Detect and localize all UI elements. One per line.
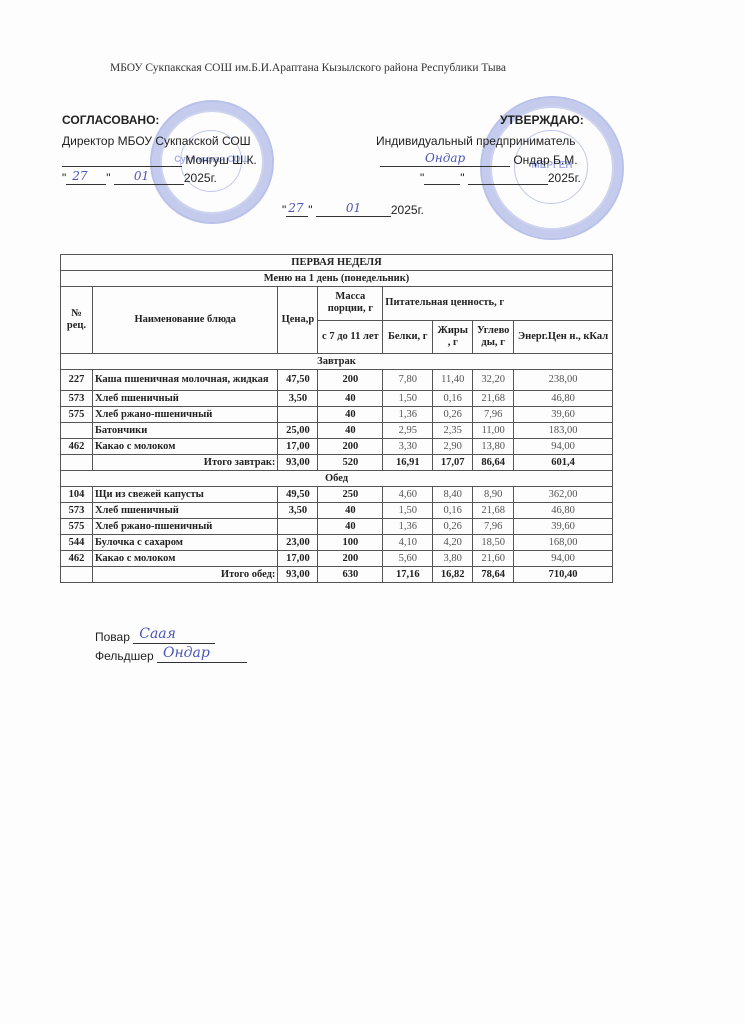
agreed-month: 01 (134, 169, 149, 183)
agreed-year: 2025г. (184, 171, 217, 185)
menu-table: ПЕРВАЯ НЕДЕЛЯ Меню на 1 день (понедельни… (60, 254, 613, 583)
header-portion-mass: Масса порции, г (318, 287, 383, 321)
approve-date: "" 2025г. (420, 171, 581, 185)
fats: 0,26 (433, 519, 473, 535)
proteins: 5,60 (383, 551, 433, 567)
agreed-role: Директор МБОУ Сукпакской СОШ (62, 134, 251, 148)
day-title-row: Меню на 1 день (понедельник) (61, 271, 613, 287)
price: 17,00 (278, 551, 318, 567)
price: 23,00 (278, 535, 318, 551)
total-label: Итого завтрак: (92, 455, 277, 471)
proteins: 3,30 (383, 439, 433, 455)
fats: 11,40 (433, 370, 473, 391)
portion-mass: 100 (318, 535, 383, 551)
approve-signature-field: Ондар (380, 154, 510, 167)
dish-name: Хлеб ржано-пшеничный (92, 519, 277, 535)
approve-title: УТВЕРЖДАЮ: (500, 113, 584, 127)
recipe-no: 544 (61, 535, 93, 551)
carbs: 21,68 (473, 503, 514, 519)
medic-signature-line: Фельдшер Ондар (95, 649, 247, 663)
medic-label: Фельдшер (95, 649, 154, 663)
total-price: 93,00 (278, 567, 318, 583)
dish-name: Щи из свежей капусты (92, 487, 277, 503)
section-title: Завтрак (61, 354, 613, 370)
proteins: 1,50 (383, 503, 433, 519)
dish-name: Какао с молоком (92, 439, 277, 455)
fats: 8,40 (433, 487, 473, 503)
recipe-no (61, 423, 93, 439)
table-row: 573Хлеб пшеничный3,50401,500,1621,6846,8… (61, 503, 613, 519)
energy: 362,00 (514, 487, 613, 503)
proteins: 2,95 (383, 423, 433, 439)
center-year: 2025г. (391, 203, 424, 217)
energy: 46,80 (514, 503, 613, 519)
total-price: 93,00 (278, 455, 318, 471)
recipe-no: 462 (61, 439, 93, 455)
total-proteins: 16,91 (383, 455, 433, 471)
header-carbs: Углево ды, г (473, 320, 514, 354)
total-row: Итого завтрак:93,0052016,9117,0786,64601… (61, 455, 613, 471)
portion-mass: 200 (318, 370, 383, 391)
carbs: 11,00 (473, 423, 514, 439)
carbs: 32,20 (473, 370, 514, 391)
total-fats: 17,07 (433, 455, 473, 471)
portion-mass: 200 (318, 439, 383, 455)
approve-year: 2025г. (548, 171, 581, 185)
table-row: 544Булочка с сахаром23,001004,104,2018,5… (61, 535, 613, 551)
carbs: 21,60 (473, 551, 514, 567)
recipe-no: 573 (61, 503, 93, 519)
center-date: "27" 012025г. (282, 203, 424, 217)
center-month: 01 (346, 201, 361, 215)
total-empty (61, 567, 93, 583)
total-fats: 16,82 (433, 567, 473, 583)
carbs: 18,50 (473, 535, 514, 551)
total-carbs: 78,64 (473, 567, 514, 583)
total-row: Итого обед:93,0063017,1616,8278,64710,40 (61, 567, 613, 583)
table-row: 573Хлеб пшеничный3,50401,500,1621,6846,8… (61, 391, 613, 407)
table-row: Батончики25,00402,952,3511,00183,00 (61, 423, 613, 439)
dish-name: Батончики (92, 423, 277, 439)
proteins: 7,80 (383, 370, 433, 391)
energy: 39,60 (514, 407, 613, 423)
price: 3,50 (278, 503, 318, 519)
day-title: Меню на 1 день (понедельник) (61, 271, 613, 287)
week-title: ПЕРВАЯ НЕДЕЛЯ (61, 255, 613, 271)
dish-name: Каша пшеничная молочная, жидкая (92, 370, 277, 391)
price: 47,50 (278, 370, 318, 391)
fats: 0,16 (433, 503, 473, 519)
proteins: 4,60 (383, 487, 433, 503)
energy: 39,60 (514, 519, 613, 535)
table-row: 104Щи из свежей капусты49,502504,608,408… (61, 487, 613, 503)
table-row: 575Хлеб ржано-пшеничный401,360,267,9639,… (61, 407, 613, 423)
recipe-no: 575 (61, 407, 93, 423)
header-energy: Энерг.Цен н., кКал (514, 320, 613, 354)
proteins: 1,36 (383, 407, 433, 423)
table-row: 462Какао с молоком17,002005,603,8021,609… (61, 551, 613, 567)
price: 49,50 (278, 487, 318, 503)
dish-name: Хлеб ржано-пшеничный (92, 407, 277, 423)
approve-name: Ондар Б.М. (513, 153, 577, 167)
recipe-no: 227 (61, 370, 93, 391)
portion-mass: 40 (318, 519, 383, 535)
organization-header: МБОУ Сукпакская СОШ им.Б.И.Арaптана Кызы… (110, 62, 506, 74)
energy: 238,00 (514, 370, 613, 391)
carbs: 13,80 (473, 439, 514, 455)
total-empty (61, 455, 93, 471)
portion-mass: 40 (318, 407, 383, 423)
table-row: 575Хлеб ржано-пшеничный401,360,267,9639,… (61, 519, 613, 535)
fats: 3,80 (433, 551, 473, 567)
portion-mass: 40 (318, 423, 383, 439)
section-row: Обед (61, 471, 613, 487)
fats: 2,90 (433, 439, 473, 455)
total-mass: 520 (318, 455, 383, 471)
recipe-no: 575 (61, 519, 93, 535)
carbs: 21,68 (473, 391, 514, 407)
fats: 2,35 (433, 423, 473, 439)
header-proteins: Белки, г (383, 320, 433, 354)
header-fats: Жиры , г (433, 320, 473, 354)
table-row: 462Какао с молоком17,002003,302,9013,809… (61, 439, 613, 455)
header-age: с 7 до 11 лет (318, 320, 383, 354)
agreed-date: "27" 012025г. (62, 171, 217, 185)
header-dish-name: Наименование блюда (92, 287, 277, 354)
fats: 4,20 (433, 535, 473, 551)
price: 25,00 (278, 423, 318, 439)
header-recipe-no: № рец. (61, 287, 93, 354)
recipe-no: 462 (61, 551, 93, 567)
price (278, 407, 318, 423)
week-title-row: ПЕРВАЯ НЕДЕЛЯ (61, 255, 613, 271)
price: 3,50 (278, 391, 318, 407)
section-title: Обед (61, 471, 613, 487)
dish-name: Хлеб пшеничный (92, 503, 277, 519)
portion-mass: 200 (318, 551, 383, 567)
carbs: 7,96 (473, 407, 514, 423)
price: 17,00 (278, 439, 318, 455)
dish-name: Хлеб пшеничный (92, 391, 277, 407)
price (278, 519, 318, 535)
energy: 46,80 (514, 391, 613, 407)
energy: 94,00 (514, 439, 613, 455)
dish-name: Какао с молоком (92, 551, 277, 567)
fats: 0,26 (433, 407, 473, 423)
energy: 94,00 (514, 551, 613, 567)
energy: 183,00 (514, 423, 613, 439)
cook-signature: Саая (139, 626, 176, 642)
recipe-no: 573 (61, 391, 93, 407)
total-energy: 601,4 (514, 455, 613, 471)
header-nutrition: Питательная ценность, г (383, 287, 613, 321)
dish-name: Булочка с сахаром (92, 535, 277, 551)
approve-role: Индивидуальный предприниматель (376, 134, 575, 148)
cook-label: Повар (95, 630, 130, 644)
agreed-day: 27 (72, 169, 87, 183)
proteins: 1,36 (383, 519, 433, 535)
section-row: Завтрак (61, 354, 613, 370)
agreed-title: СОГЛАСОВАНО: (62, 113, 159, 127)
total-proteins: 17,16 (383, 567, 433, 583)
carbs: 7,96 (473, 519, 514, 535)
total-label: Итого обед: (92, 567, 277, 583)
agreed-signature-field (62, 154, 182, 167)
header-price: Цена,р (278, 287, 318, 354)
table-row: 227Каша пшеничная молочная, жидкая47,502… (61, 370, 613, 391)
portion-mass: 40 (318, 503, 383, 519)
fats: 0,16 (433, 391, 473, 407)
portion-mass: 250 (318, 487, 383, 503)
agreed-name: Монгуш Ш.К. (185, 153, 256, 167)
proteins: 1,50 (383, 391, 433, 407)
header-row-1: № рец. Наименование блюда Цена,р Масса п… (61, 287, 613, 321)
agreed-signature-line: Монгуш Ш.К. (62, 153, 257, 167)
total-energy: 710,40 (514, 567, 613, 583)
approve-signature-line: Ондар Ондар Б.М. (380, 153, 578, 167)
carbs: 8,90 (473, 487, 514, 503)
portion-mass: 40 (318, 391, 383, 407)
cook-signature-line: Повар Саая (95, 630, 215, 644)
energy: 168,00 (514, 535, 613, 551)
medic-signature: Ондар (163, 645, 210, 661)
proteins: 4,10 (383, 535, 433, 551)
center-day: 27 (288, 201, 303, 215)
recipe-no: 104 (61, 487, 93, 503)
total-mass: 630 (318, 567, 383, 583)
total-carbs: 86,64 (473, 455, 514, 471)
